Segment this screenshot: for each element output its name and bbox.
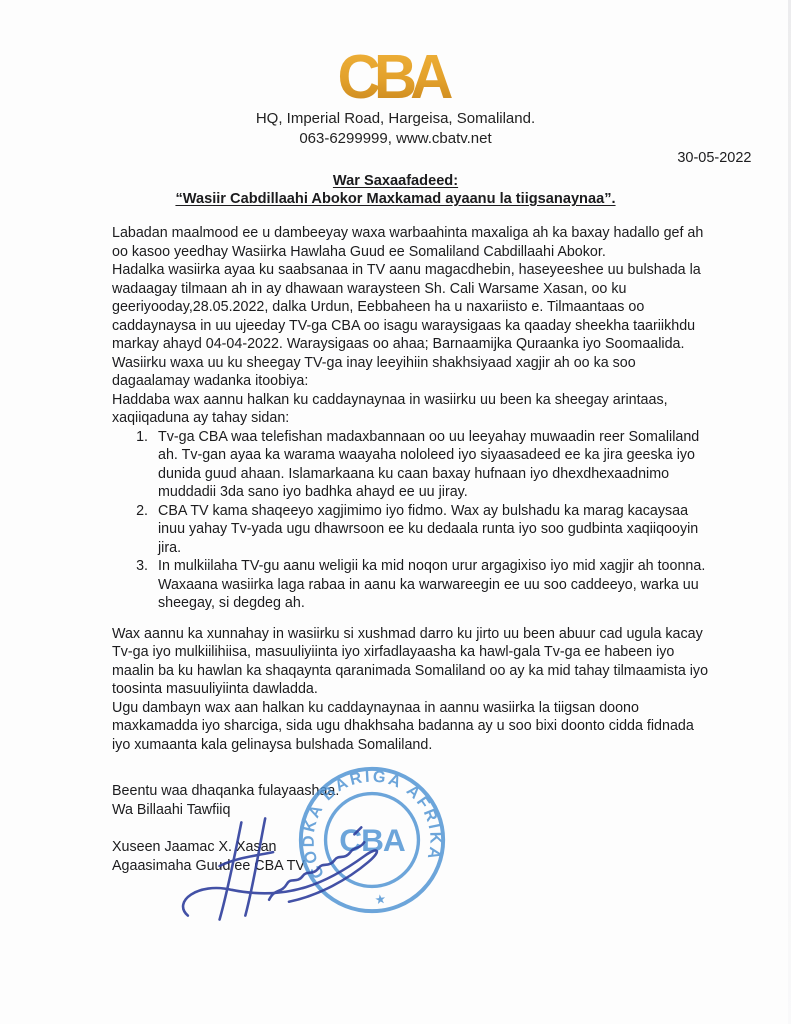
letterhead: CBA HQ, Imperial Road, Hargeisa, Somalil…	[0, 0, 791, 148]
handwritten-signature	[170, 804, 398, 934]
closing-paragraph: Ugu dambayn wax aan halkan ku caddaynayn…	[112, 699, 712, 755]
intro-paragraph: Hadalka wasiirka ayaa ku saabsanaa in TV…	[112, 261, 712, 391]
list-item: In mulkiilaha TV-gu aanu weligii ka mid …	[152, 557, 712, 613]
list-item: CBA TV kama shaqeeyo xagjimimo iyo fidmo…	[152, 502, 712, 558]
list-item: Tv-ga CBA waa telefishan madaxbannaan oo…	[152, 428, 712, 502]
intro-paragraph: Haddaba wax aannu halkan ku caddaynaynaa…	[112, 391, 712, 428]
address-line-1: HQ, Imperial Road, Hargeisa, Somaliland.	[0, 110, 791, 128]
title-block: War Saxaafadeed: “Wasiir Cabdillaahi Abo…	[0, 172, 791, 208]
cba-logo: CBA	[338, 45, 454, 109]
press-release-heading: War Saxaafadeed:	[0, 172, 791, 190]
press-release-document: CBA HQ, Imperial Road, Hargeisa, Somalil…	[0, 0, 791, 1024]
intro-paragraph: Labadan maalmood ee u dambeeyay waxa war…	[112, 224, 712, 261]
press-release-subheading: “Wasiir Cabdillaahi Abokor Maxkamad ayaa…	[0, 190, 791, 208]
closing-paragraph: Wax aannu ka xunnahay in wasiirku si xus…	[112, 625, 712, 699]
address-line-2: 063-6299999, www.cbatv.net	[0, 130, 791, 148]
numbered-list: Tv-ga CBA waa telefishan madaxbannaan oo…	[112, 428, 712, 613]
document-date: 30-05-2022	[40, 149, 752, 167]
